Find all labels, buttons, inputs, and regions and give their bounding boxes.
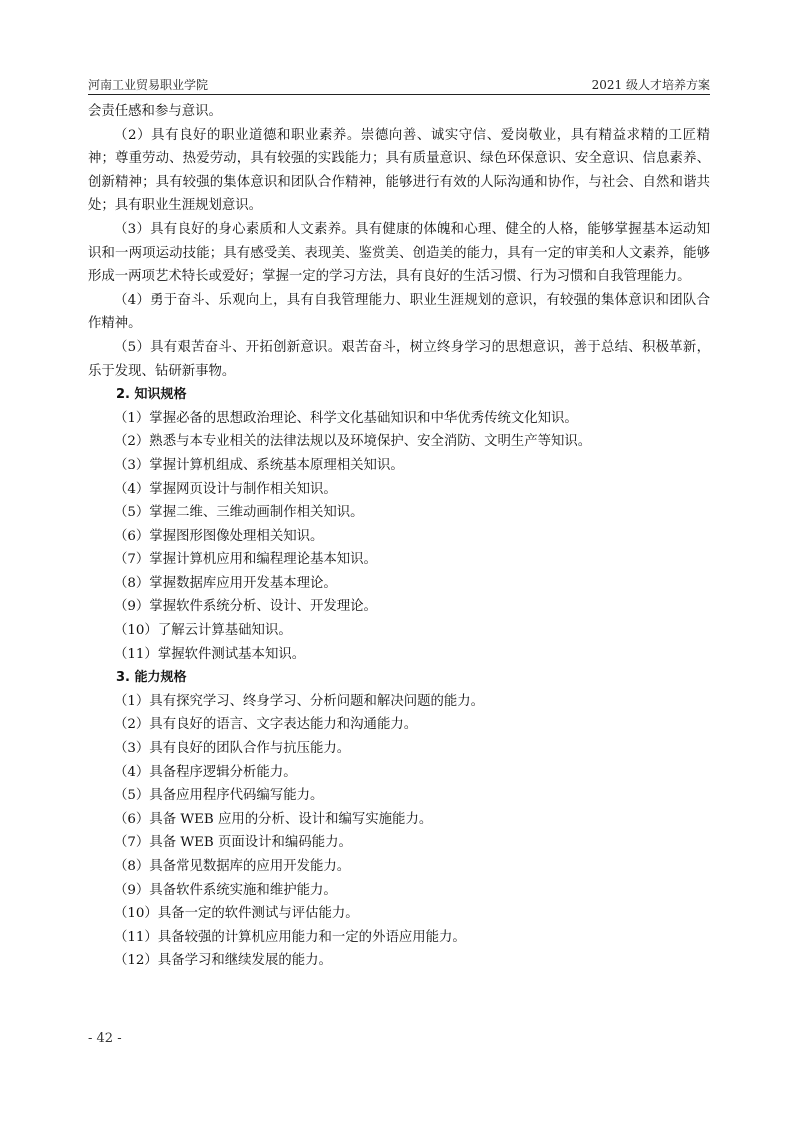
quality-paragraph-2: （2）具有良好的职业道德和职业素养。崇德向善、诚实守信、爱岗敬业，具有精益求精的… xyxy=(88,124,710,218)
list-item: （12）具备学习和继续发展的能力。 xyxy=(88,949,710,973)
list-item: （2）具有良好的语言、文字表达能力和沟通能力。 xyxy=(88,713,710,737)
list-item: （3）具有良好的团队合作与抗压能力。 xyxy=(88,737,710,761)
quality-continuation: 会责任感和参与意识。 xyxy=(88,100,710,124)
page-header: 河南工业贸易职业学院 2021 级人才培养方案 xyxy=(88,76,710,94)
list-item: （4）具备程序逻辑分析能力。 xyxy=(88,761,710,785)
list-item: （11）具备较强的计算机应用能力和一定的外语应用能力。 xyxy=(88,926,710,950)
list-item: （5）具备应用程序代码编写能力。 xyxy=(88,784,710,808)
list-item: （7）具备 WEB 页面设计和编码能力。 xyxy=(88,831,710,855)
page-body: 会责任感和参与意识。 （2）具有良好的职业道德和职业素养。崇德向善、诚实守信、爱… xyxy=(88,100,710,973)
list-item: （4）掌握网页设计与制作相关知识。 xyxy=(88,478,710,502)
list-item: （1）具有探究学习、终身学习、分析问题和解决问题的能力。 xyxy=(88,690,710,714)
list-item: （8）具备常见数据库的应用开发能力。 xyxy=(88,855,710,879)
header-divider xyxy=(88,94,710,95)
list-item: （10）具备一定的软件测试与评估能力。 xyxy=(88,902,710,926)
quality-paragraph-4: （4）勇于奋斗、乐观向上，具有自我管理能力、职业生涯规划的意识，有较强的集体意识… xyxy=(88,289,710,336)
page-number: - 42 - xyxy=(88,1031,122,1046)
list-item: （9）掌握软件系统分析、设计、开发理论。 xyxy=(88,595,710,619)
list-item: （8）掌握数据库应用开发基本理论。 xyxy=(88,572,710,596)
list-item: （10）了解云计算基础知识。 xyxy=(88,619,710,643)
section-heading-ability: 3. 能力规格 xyxy=(88,666,710,690)
list-item: （7）掌握计算机应用和编程理论基本知识。 xyxy=(88,548,710,572)
list-item: （2）熟悉与本专业相关的法律法规以及环境保护、安全消防、文明生产等知识。 xyxy=(88,430,710,454)
quality-paragraph-5: （5）具有艰苦奋斗、开拓创新意识。艰苦奋斗，树立终身学习的思想意识，善于总结、积… xyxy=(88,336,710,383)
list-item: （1）掌握必备的思想政治理论、科学文化基础知识和中华优秀传统文化知识。 xyxy=(88,407,710,431)
list-item: （5）掌握二维、三维动画制作相关知识。 xyxy=(88,501,710,525)
list-item: （3）掌握计算机组成、系统基本原理相关知识。 xyxy=(88,454,710,478)
list-item: （11）掌握软件测试基本知识。 xyxy=(88,643,710,667)
list-item: （9）具备软件系统实施和维护能力。 xyxy=(88,879,710,903)
list-item: （6）掌握图形图像处理相关知识。 xyxy=(88,525,710,549)
list-item: （6）具备 WEB 应用的分析、设计和编写实施能力。 xyxy=(88,808,710,832)
section-heading-knowledge: 2. 知识规格 xyxy=(88,383,710,407)
header-document-title: 2021 级人才培养方案 xyxy=(592,76,710,93)
header-institution: 河南工业贸易职业学院 xyxy=(88,76,208,93)
quality-paragraph-3: （3）具有良好的身心素质和人文素养。具有健康的体魄和心理、健全的人格，能够掌握基… xyxy=(88,218,710,289)
